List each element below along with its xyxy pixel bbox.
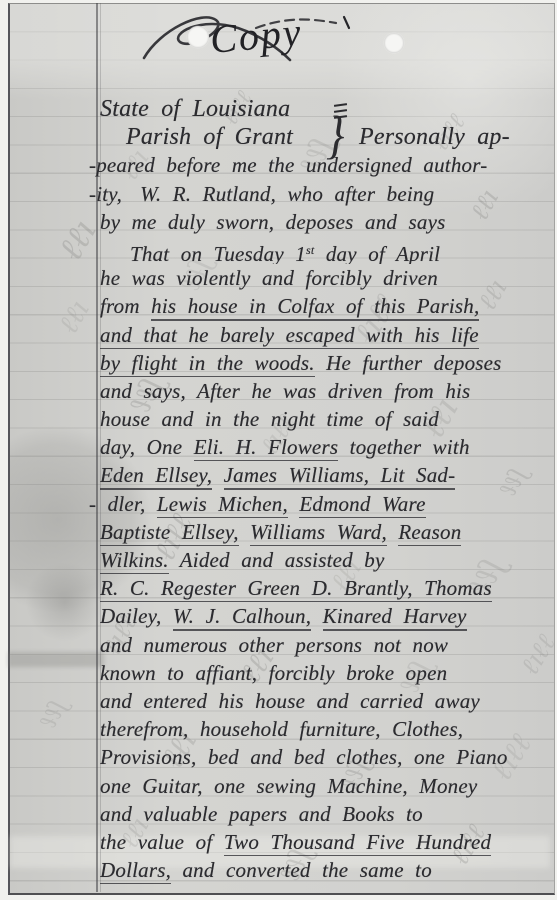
document-line-24: Provisions, bed and bed clothes, one Pia… [100, 743, 552, 771]
document-line-4: -ity,W. R. Rutland, who after being [89, 180, 552, 208]
underlined-text: and that he barely escaped with his life [100, 323, 479, 349]
underlined-text: R. C. Regester Green D. Brantly, Thomas [100, 576, 492, 602]
handwritten-text: by me duly sworn, deposes and says [100, 210, 446, 234]
handwritten-text: and valuable papers and Books to [100, 802, 423, 826]
handwritten-text: Dailey, [100, 604, 173, 628]
handwritten-text: -peared before me the undersigned author… [89, 153, 487, 177]
handwritten-text: That on Tuesday 1 [130, 242, 306, 264]
margin-rule-line [96, 3, 98, 892]
document-line-21: known to affiant, forcibly broke open [100, 659, 552, 687]
handwritten-text: house and in the night time of said [100, 407, 439, 431]
underlined-text: Williams Ward, [250, 520, 387, 546]
handwritten-text: together with [338, 435, 469, 459]
handwritten-text [212, 463, 223, 487]
document-body: State of LouisianaParish of GrantPersona… [100, 95, 552, 884]
underlined-text: Reason [398, 520, 461, 546]
document-line-28: Dollars, and converted the same to [100, 856, 552, 884]
document-line-16: Baptiste Ellsey, Williams Ward, Reason [100, 518, 552, 546]
handwritten-text: day, One [100, 435, 194, 459]
document-line-23: therefrom, household furniture, Clothes, [100, 715, 552, 743]
document-line-3: -peared before me the undersigned author… [89, 151, 552, 179]
handwritten-text: one Guitar, one sewing Machine, Money [100, 774, 477, 798]
handwritten-text: the value of [100, 830, 224, 854]
underlined-text: Eden Ellsey, [100, 463, 212, 489]
document-line-17: Wilkins. Aided and assisted by [100, 546, 552, 574]
document-line-19: Dailey, W. J. Calhoun, Kinared Harvey [100, 602, 552, 630]
document-line-20: and numerous other persons not now [100, 631, 552, 659]
document-line-22: and entered his house and carried away [100, 687, 552, 715]
handwritten-text [288, 492, 299, 516]
document-line-10: by flight in the woods. He further depos… [100, 349, 552, 377]
document-line-1: State of Louisiana [100, 95, 552, 123]
document-line-18: R. C. Regester Green D. Brantly, Thomas [100, 574, 552, 602]
document-line-14: Eden Ellsey, James Williams, Lit Sad- [100, 461, 552, 489]
document-line-12: house and in the night time of said [100, 405, 552, 433]
handwritten-text: he was violently and forcibly driven [100, 266, 438, 290]
punch-hole-left [187, 26, 209, 48]
handwritten-text: Aided and assisted by [169, 548, 385, 572]
underlined-text: Dollars, [100, 858, 171, 884]
punch-hole-right [384, 33, 404, 53]
document-line-26: and valuable papers and Books to [100, 800, 552, 828]
underlined-text: his house in Colfax of this Parish, [151, 294, 479, 320]
document-line-27: the value of Two Thousand Five Hundred [100, 828, 552, 856]
copy-label: Copy [208, 8, 304, 63]
underlined-text: Edmond Ware [299, 492, 425, 518]
document-line-2: Parish of GrantPersonally ap- [100, 123, 552, 151]
document-line-8: from his house in Colfax of this Parish, [100, 292, 552, 320]
handwritten-text: known to affiant, forcibly broke open [100, 661, 447, 685]
underlined-text: Baptiste Ellsey, [100, 520, 239, 546]
document-line-13: day, One Eli. H. Flowers together with [100, 433, 552, 461]
underlined-text: Kinared Harvey [323, 604, 467, 630]
handwritten-text [239, 520, 250, 544]
handwritten-text: day of April [314, 242, 440, 264]
scanned-document-page: ℓℓıʃℓℓℓıℓℓℓℓıʃℓℓℓıℓℓℓℓıʃℓℓℓıℓℓℓℓıʃℓℓℓıℓℓ… [0, 0, 557, 900]
stain-smudge [8, 652, 104, 667]
underlined-text: Two Thousand Five Hundred [224, 830, 491, 856]
underlined-text: by flight in the woods. [100, 351, 315, 377]
underlined-text: Lewis Michen, [157, 492, 288, 518]
document-line-15: - dler, Lewis Michen, Edmond Ware [89, 490, 552, 518]
document-line-25: one Guitar, one sewing Machine, Money [100, 772, 552, 800]
handwritten-text: W. R. Rutland, who after being [140, 182, 434, 206]
underlined-text: Eli. H. Flowers [194, 435, 339, 461]
underlined-text: Wilkins. [100, 548, 169, 574]
handwritten-text [311, 604, 322, 628]
handwritten-text [387, 520, 398, 544]
handwritten-text: and converted the same to [171, 858, 432, 882]
handwritten-text: from [100, 294, 151, 318]
handwritten-text: - dler, [89, 492, 157, 516]
document-line-11: and says, After he was driven from his [100, 377, 552, 405]
handwritten-text: Provisions, bed and bed clothes, one Pia… [100, 745, 508, 769]
handwritten-text: Parish of Grant [126, 124, 293, 150]
underlined-text: W. J. Calhoun, [173, 604, 311, 630]
document-line-5: by me duly sworn, deposes and says [100, 208, 552, 236]
handwritten-text: therefrom, household furniture, Clothes, [100, 717, 463, 741]
handwritten-text: Personally ap- [359, 124, 510, 150]
handwritten-text: and says, After he was driven from his [100, 379, 470, 403]
document-line-9: and that he barely escaped with his life [100, 321, 552, 349]
document-line-6: That on Tuesday 1st day of April [100, 236, 552, 264]
document-line-7: he was violently and forcibly driven [100, 264, 552, 292]
handwritten-text: He further deposes [315, 351, 502, 375]
handwritten-text: State of Louisiana [100, 96, 290, 122]
underlined-text: James Williams, Lit Sad- [224, 463, 456, 489]
handwritten-text: -ity, [89, 182, 122, 206]
handwritten-text: and entered his house and carried away [100, 689, 480, 713]
handwritten-text: and numerous other persons not now [100, 633, 448, 657]
copy-heading: Copy [138, 4, 378, 84]
